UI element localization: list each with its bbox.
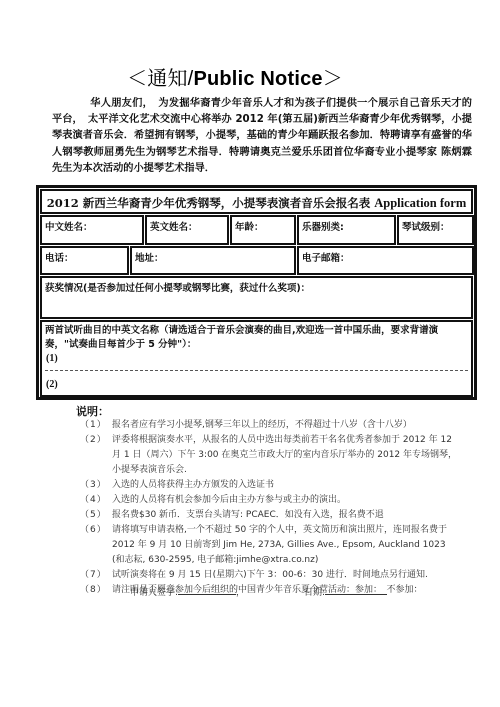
note-item: （1） 报名者应有学习小提琴,钢琴三年以上的经历，不得超过十八岁（含十八岁） <box>80 418 460 433</box>
audition-pieces-label: 两首试听曲目的中英文名称（请选适合于音乐会演奏的曲目,欢迎选一首中国乐曲，要求背… <box>45 325 438 350</box>
phone-label: 电话： <box>45 253 74 264</box>
audition-pieces-field[interactable]: 两首试听曲目的中英文名称（请选适合于音乐会演奏的曲目,欢迎选一首中国乐曲，要求背… <box>40 320 473 397</box>
grade-label: 琴试级别： <box>402 222 450 233</box>
date-line[interactable] <box>325 584 387 595</box>
title-english: Public Notice <box>193 68 322 90</box>
note-number: （8） <box>80 583 112 598</box>
note-text: 入选的人员将获得主办方颁发的入选证书 <box>112 478 460 493</box>
note-text: 报名者应有学习小提琴,钢琴三年以上的经历，不得超过十八岁（含十八岁） <box>112 418 460 433</box>
note-text: 试听演奏将在 9 月 15 日(星期六)下午 3：00-6：30 进行．时间地点… <box>112 568 460 583</box>
email-field[interactable]: 电子邮箱： <box>297 246 474 275</box>
application-form: 2012 新西兰华裔青少年优秀钢琴，小提琴表演者音乐会报名表 Applicati… <box>36 185 477 400</box>
title-chinese: 通知/ <box>147 68 193 90</box>
english-name-label: 英文姓名： <box>150 222 198 233</box>
note-item: （2） 评委将根据演奏水平，从报名的人员中选出每类前若干名名优秀者参加于 201… <box>80 433 460 478</box>
email-label: 电子邮箱： <box>302 253 350 264</box>
english-name-field[interactable]: 英文姓名： <box>145 215 229 245</box>
age-label: 年龄： <box>235 222 264 233</box>
applicant-signature: 申请人签字:， <box>130 584 245 598</box>
note-text: 入选的人员将有机会参加今后由主办方参与或主办的演出。 <box>112 493 460 508</box>
address-label: 地址： <box>135 253 164 264</box>
notes-heading: 说明： <box>76 403 109 419</box>
form-header-chinese: 2012 新西兰华裔青少年优秀钢琴，小提琴表演者音乐会报名表 <box>47 196 375 210</box>
chinese-name-field[interactable]: 中文姓名： <box>40 215 144 245</box>
date-signature: 日期: <box>304 584 387 598</box>
form-header: 2012 新西兰华裔青少年优秀钢琴，小提琴表演者音乐会报名表 Applicati… <box>40 189 473 214</box>
note-number: （1） <box>80 418 112 433</box>
note-number: （7） <box>80 568 112 583</box>
title-open-bracket: ＜ <box>127 68 147 90</box>
applicant-signature-label: 申请人签字: <box>130 588 178 598</box>
chinese-name-label: 中文姓名： <box>45 222 93 233</box>
date-label: 日期: <box>304 588 325 598</box>
applicant-signature-line[interactable] <box>178 584 236 595</box>
note-number: （4） <box>80 493 112 508</box>
note-item: （5） 报名费$30 新币．支票台头请写: PCAEC．如没有入选，报名费不退 <box>80 508 460 523</box>
note-item: （7） 试听演奏将在 9 月 15 日(星期六)下午 3：00-6：30 进行．… <box>80 568 460 583</box>
form-header-english: Application form <box>374 196 466 210</box>
note-text: 评委将根据演奏水平，从报名的人员中选出每类前若干名名优秀者参加于 2012 年 … <box>112 433 460 478</box>
grade-field[interactable]: 琴试级别： <box>397 215 474 245</box>
note-item: （3） 入选的人员将获得主办方颁发的入选证书 <box>80 478 460 493</box>
note-number: （5） <box>80 508 112 523</box>
address-field[interactable]: 地址： <box>130 246 296 275</box>
intro-text: 华人朋友们， 为发掘华裔青少年音乐人才和为孩子们提供一个展示自己音乐天才的平台，… <box>52 98 472 174</box>
page-title: ＜通知/Public Notice＞ <box>0 62 470 91</box>
notes-list: （1） 报名者应有学习小提琴,钢琴三年以上的经历，不得超过十八岁（含十八岁） （… <box>80 418 460 598</box>
piece-1-label: (1) <box>46 352 58 366</box>
applicant-signature-suffix: ， <box>236 588 245 598</box>
age-field[interactable]: 年龄： <box>230 215 296 245</box>
note-number: （6） <box>80 523 112 568</box>
instrument-label: 乐器别类: <box>302 222 344 233</box>
awards-field[interactable]: 获奖情况(是否参加过任何小提琴或钢琴比赛，获过什么奖项)： <box>40 276 473 319</box>
dashed-divider <box>45 370 468 371</box>
note-text: 报名费$30 新币．支票台头请写: PCAEC．如没有入选，报名费不退 <box>112 508 460 523</box>
note-item: （6） 请将填写申请表格,一个不超过 50 字的个人中，英文简历和演出照片，连同… <box>80 523 460 568</box>
note-number: （2） <box>80 433 112 478</box>
awards-label: 获奖情况(是否参加过任何小提琴或钢琴比赛，获过什么奖项)： <box>45 283 310 294</box>
title-close-bracket: ＞ <box>323 68 343 90</box>
instrument-field[interactable]: 乐器别类: <box>297 215 396 245</box>
note-number: （3） <box>80 478 112 493</box>
intro-paragraph: 华人朋友们， 为发掘华裔青少年音乐人才和为孩子们提供一个展示自己音乐天才的平台，… <box>52 96 472 177</box>
phone-field[interactable]: 电话： <box>40 246 129 275</box>
piece-2-label: (2) <box>46 378 58 392</box>
note-text: 请将填写申请表格,一个不超过 50 字的个人中，英文简历和演出照片，连同报名费于… <box>112 523 460 568</box>
note-item: （4） 入选的人员将有机会参加今后由主办方参与或主办的演出。 <box>80 493 460 508</box>
